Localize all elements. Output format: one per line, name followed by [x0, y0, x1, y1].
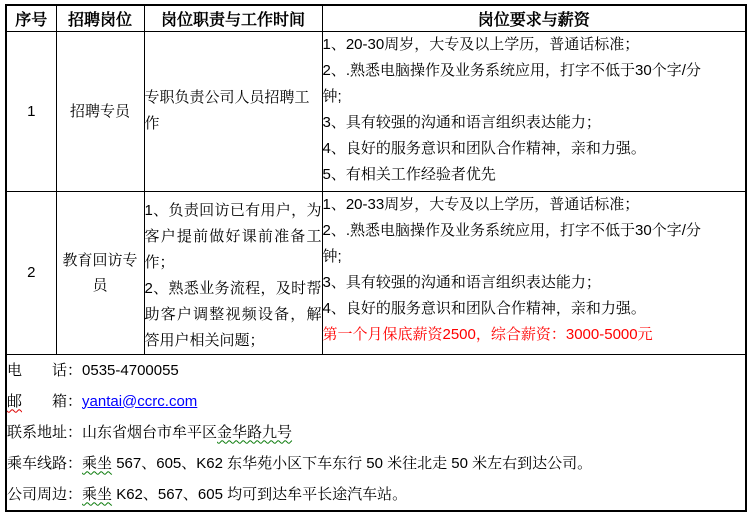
phone-line: 电 话：0535-4700055 [7, 355, 745, 386]
row1-requirements: 1、20-30周岁，大专及以上学历，普通话标准；2、.熟悉电脑操作及业务系统应用… [322, 31, 746, 191]
contact-section: 电 话：0535-4700055 邮 箱：yantai@ccrc.com 联系地… [6, 354, 746, 511]
address-label: 联系地址： [7, 424, 82, 441]
row2-requirement-list: 1、20-33周岁，大专及以上学历，普通话标准；2、.熟悉电脑操作及业务系统应用… [323, 192, 746, 322]
route-word-misspelled: 乘坐 [82, 455, 112, 472]
requirement-line: 2、.熟悉电脑操作及业务系统应用，打字不低于30个字/分钟; [323, 218, 746, 270]
email-link[interactable]: yantai@ccrc.com [82, 393, 197, 410]
address-line: 联系地址：山东省烟台市牟平区金华路九号 [7, 417, 745, 448]
requirement-line: 5、有相关工作经验者优先 [323, 162, 746, 188]
duty-line: 1、负责回访已有用户，为客户提前做好课前准备工作； [145, 198, 322, 276]
table-row-1: 1 招聘专员 专职负责公司人员招聘工作 1、20-30周岁，大专及以上学历，普通… [6, 31, 746, 191]
email-label: 箱： [22, 393, 82, 410]
contact-row: 电 话：0535-4700055 邮 箱：yantai@ccrc.com 联系地… [6, 354, 746, 511]
email-line: 邮 箱：yantai@ccrc.com [7, 386, 745, 417]
nearby-word-misspelled: 乘坐 [82, 486, 112, 503]
row2-requirements: 1、20-33周岁，大专及以上学历，普通话标准；2、.熟悉电脑操作及业务系统应用… [322, 191, 746, 354]
salary-highlight: 第一个月保底薪资2500，综合薪资：3000-5000元 [323, 322, 746, 348]
header-duties: 岗位职责与工作时间 [144, 5, 322, 31]
row2-duty-list: 1、负责回访已有用户，为客户提前做好课前准备工作；2、熟悉业务流程，及时帮助客户… [145, 198, 322, 354]
requirement-line: 3、具有较强的沟通和语言组织表达能力； [323, 270, 746, 296]
route-line: 乘车线路：乘坐 567、605、K62 东华苑小区下车东行 50 米往北走 50… [7, 448, 745, 479]
requirement-line: 1、20-30周岁，大专及以上学历，普通话标准； [323, 32, 746, 58]
job-table: 序号 招聘岗位 岗位职责与工作时间 岗位要求与薪资 1 招聘专员 专职负责公司人… [5, 4, 747, 512]
row2-duties: 1、负责回访已有用户，为客户提前做好课前准备工作；2、熟悉业务流程，及时帮助客户… [144, 191, 322, 354]
row2-position: 教育回访专员 [56, 191, 144, 354]
email-label-misspelled: 邮 [7, 393, 22, 410]
address-value: 山东省烟台市牟平区 [82, 424, 217, 441]
route-label: 乘车线路： [7, 455, 82, 472]
route-value: 567、605、K62 东华苑小区下车东行 50 米往北走 50 米左右到达公司… [112, 455, 592, 472]
row1-requirement-list: 1、20-30周岁，大专及以上学历，普通话标准；2、.熟悉电脑操作及业务系统应用… [323, 32, 746, 188]
nearby-label: 公司周边： [7, 486, 82, 503]
address-value-misspelled: 金华路九号 [217, 424, 292, 441]
row1-duty-list: 专职负责公司人员招聘工作 [145, 85, 322, 137]
header-position: 招聘岗位 [56, 5, 144, 31]
requirement-line: 1、20-33周岁，大专及以上学历，普通话标准； [323, 192, 746, 218]
header-seq: 序号 [6, 5, 56, 31]
row1-duties: 专职负责公司人员招聘工作 [144, 31, 322, 191]
row1-position: 招聘专员 [56, 31, 144, 191]
nearby-value: K62、567、605 均可到达牟平长途汽车站。 [112, 486, 407, 503]
duty-line: 专职负责公司人员招聘工作 [145, 85, 322, 137]
phone-label: 电 话： [7, 362, 82, 379]
row2-seq: 2 [6, 191, 56, 354]
requirement-line: 2、.熟悉电脑操作及业务系统应用，打字不低于30个字/分钟; [323, 58, 746, 110]
duty-line: 2、熟悉业务流程，及时帮助客户调整视频设备，解答用户相关问题； [145, 276, 322, 354]
phone-value: 0535-4700055 [82, 362, 179, 379]
row1-seq: 1 [6, 31, 56, 191]
table-row-2: 2 教育回访专员 1、负责回访已有用户，为客户提前做好课前准备工作；2、熟悉业务… [6, 191, 746, 354]
header-row: 序号 招聘岗位 岗位职责与工作时间 岗位要求与薪资 [6, 5, 746, 31]
requirement-line: 4、良好的服务意识和团队合作精神，亲和力强。 [323, 136, 746, 162]
requirement-line: 4、良好的服务意识和团队合作精神，亲和力强。 [323, 296, 746, 322]
requirement-line: 3、具有较强的沟通和语言组织表达能力； [323, 110, 746, 136]
nearby-line: 公司周边：乘坐 K62、567、605 均可到达牟平长途汽车站。 [7, 479, 745, 510]
header-requirements: 岗位要求与薪资 [322, 5, 746, 31]
job-posting-sheet: 序号 招聘岗位 岗位职责与工作时间 岗位要求与薪资 1 招聘专员 专职负责公司人… [0, 0, 750, 515]
